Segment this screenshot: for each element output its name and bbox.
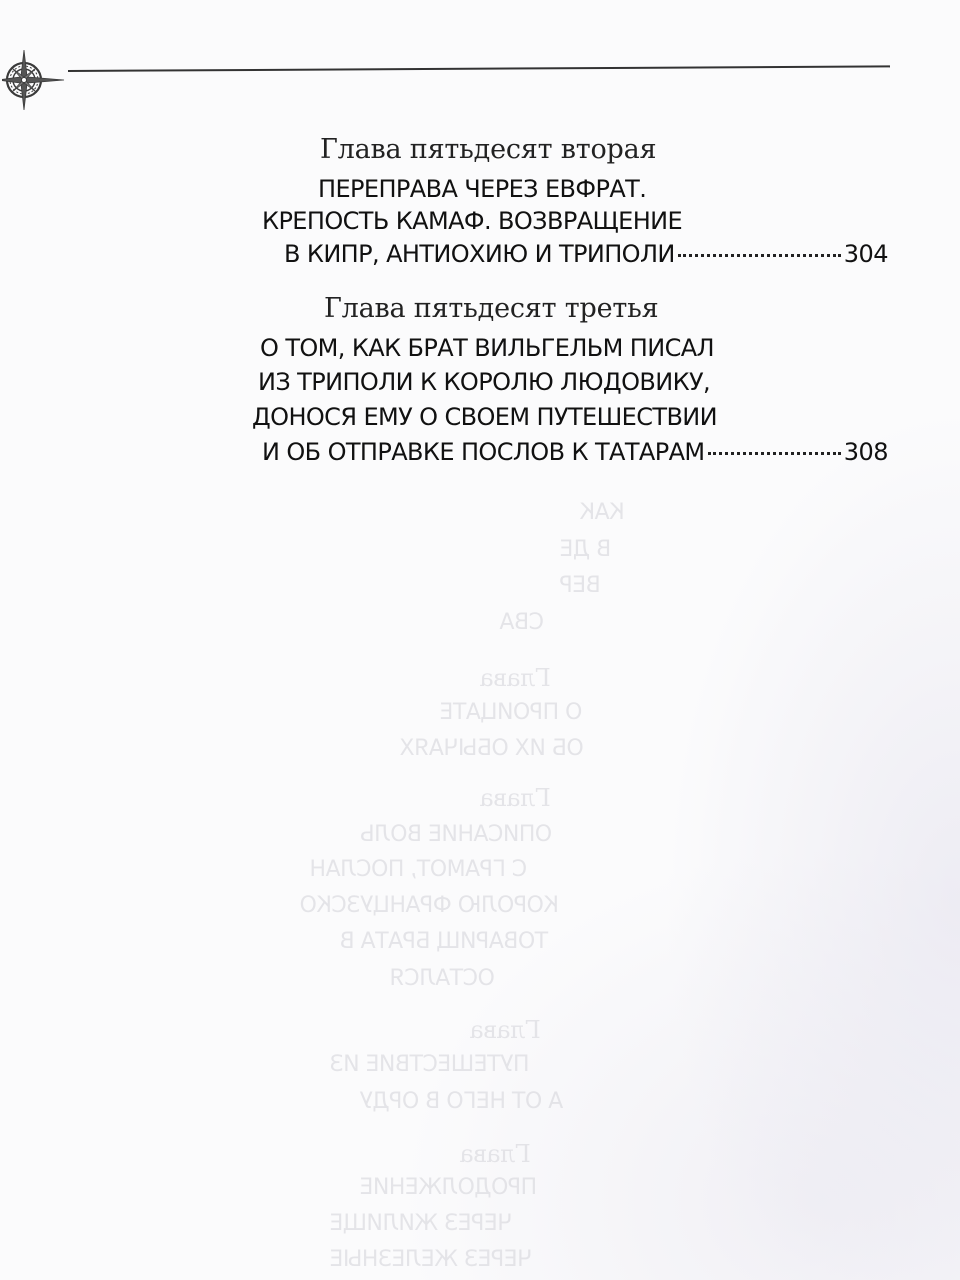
bleed-line: Глава (470, 1016, 541, 1044)
bleed-line: ЧЕРЕЗ ЖЕЛЕЗНЫЕ (330, 1247, 532, 1272)
toc-line-with-page: В КИПР, АНТИОХИЮ И ТРИПОЛИ 304 (284, 240, 888, 268)
page-number[interactable]: 308 (844, 438, 888, 466)
chapter-title-line: ПЕРЕПРАВА ЧЕРЕЗ ЕВФРАТ. (318, 175, 646, 203)
bleed-line: ОСТАЛСЯ (390, 966, 495, 991)
bleed-line: КОРОЛЮ ФРАНЦУЗСКО (300, 893, 559, 918)
chapter-title-line: О ТОМ, КАК БРАТ ВИЛЬГЕЛЬМ ПИСАЛ (260, 334, 714, 362)
chapter-label: Глава пятьдесят третья (324, 293, 658, 324)
chapter-title-line: В КИПР, АНТИОХИЮ И ТРИПОЛИ (284, 240, 675, 268)
dot-leader (708, 452, 841, 455)
bleed-line: КАК (580, 500, 625, 525)
dot-leader (678, 254, 841, 257)
bleed-line: ОПИСАНИЕ ВОЛЬ (360, 822, 552, 847)
page-number[interactable]: 304 (844, 240, 888, 268)
bleed-line: ТОВАРИЩ БРАТА В (340, 929, 548, 954)
bleed-line: Глава (480, 664, 551, 692)
bleed-line: С ГРАМОТ, ПОСЛАН (310, 857, 527, 882)
bleed-line: СВА (500, 610, 544, 635)
bleed-line: ЧЕРЕЗ ЖИЛИЩЕ (330, 1211, 512, 1236)
chapter-title-line: ДОНОСЯ ЕМУ О СВОЕМ ПУТЕШЕСТВИИ (252, 403, 717, 431)
header-rule (68, 65, 890, 72)
compass-rose-icon (2, 38, 66, 122)
chapter-title-line: КРЕПОСТЬ КАМАФ. ВОЗВРАЩЕНИЕ (262, 207, 682, 235)
toc-line-with-page: И ОБ ОТПРАВКЕ ПОСЛОВ К ТАТАРАМ 308 (262, 438, 888, 466)
bleed-line: Глава (460, 1140, 531, 1168)
bleed-line: В ДЕ (560, 537, 611, 562)
bleed-line: ОБ ИХ ОБЫЧАЯХ (400, 736, 584, 761)
bleed-line: ВЕР (560, 573, 601, 598)
chapter-label: Глава пятьдесят вторая (320, 134, 656, 165)
bleed-line: О ПРОИЦАТЕ (440, 700, 582, 725)
bleed-line: ПРОДОЛЖЕНИЕ (360, 1175, 537, 1200)
bleed-line: А ОТ НЕГО В ОРДУ (360, 1089, 563, 1114)
chapter-title-line: ИЗ ТРИПОЛИ К КОРОЛЮ ЛЮДОВИКУ, (258, 368, 710, 396)
bleed-line: ПУТЕШЕСТВИЕ ИЗ (330, 1052, 530, 1077)
bleed-line: Глава (480, 784, 551, 812)
chapter-title-line: И ОБ ОТПРАВКЕ ПОСЛОВ К ТАТАРАМ (262, 438, 705, 466)
